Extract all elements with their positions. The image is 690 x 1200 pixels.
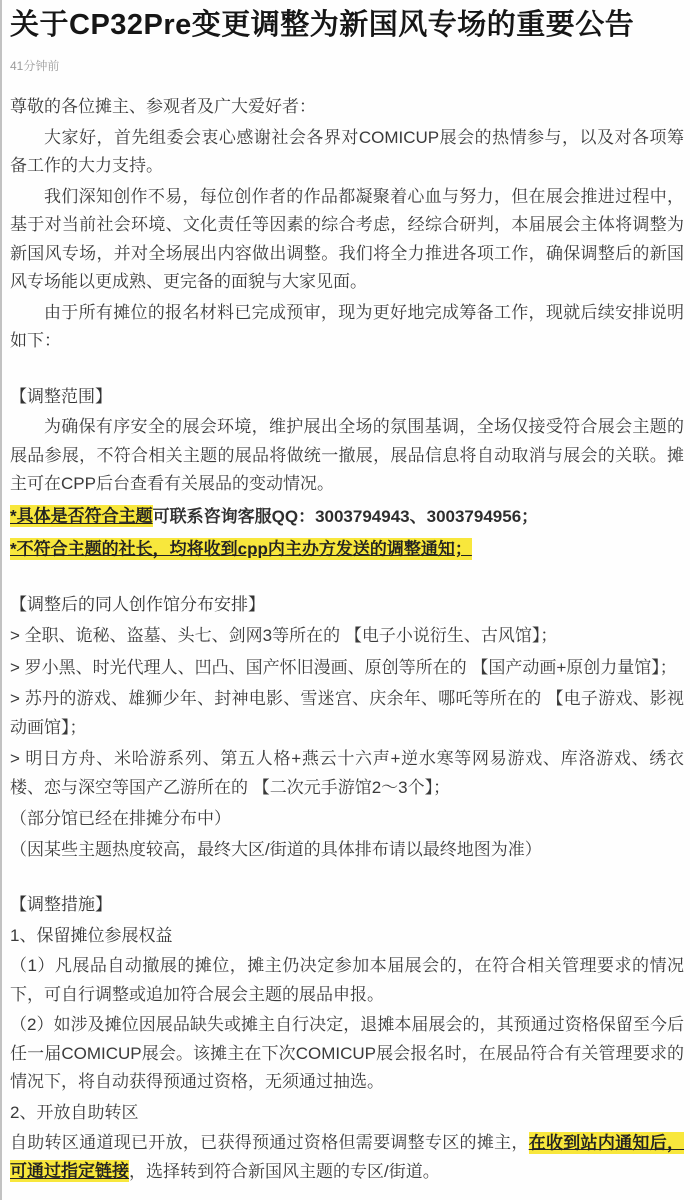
list-item: > 全职、诡秘、盗墓、头七、剑网3等所在的 【电子小说衍生、古风馆】； xyxy=(10,622,684,651)
note: （因某些主题热度较高，最终大区/街道的具体排布请以最终地图为准） xyxy=(10,836,684,865)
page-title: 关于CP32Pre变更调整为新国风专场的重要公告 xyxy=(10,6,684,44)
paragraph: 1、保留摊位参展权益 xyxy=(10,922,684,951)
list-item: > 苏丹的游戏、雄狮少年、封神电影、雪迷宫、庆余年、哪吒等所在的 【电子游戏、影… xyxy=(10,685,684,742)
text-segment: 大家好，首先组委会衷心感谢社会各界对COMICUP展会的热情参与，以及对各项筹备… xyxy=(10,128,684,176)
post-timestamp: 41分钟前 xyxy=(10,57,684,74)
list-item: > 明日方舟、米哈游系列、第五人格+燕云十六声+逆水寒等网易游戏、库洛游戏、绣衣… xyxy=(10,745,684,802)
text-segment: 2、开放自助转区 xyxy=(10,1103,138,1122)
paragraph: 我们深知创作不易，每位创作者的作品都凝聚着心血与努力，但在展会推进过程中，基于对… xyxy=(10,183,684,297)
text-segment: > 罗小黑、时光代理人、凹凸、国产怀旧漫画、原创等所在的 【国产动画+原创力量馆… xyxy=(10,658,677,677)
text-segment: > 明日方舟、米哈游系列、第五人格+燕云十六声+逆水寒等网易游戏、库洛游戏、绣衣… xyxy=(10,749,684,797)
text-segment: 【调整后的同人创作馆分布安排】 xyxy=(10,595,265,614)
text-segment: 可联系咨询客服QQ：3003794943、3003794956； xyxy=(153,507,539,526)
text-segment: （因某些主题热度较高，最终大区/街道的具体排布请以最终地图为准） xyxy=(10,840,542,859)
text-segment: 【调整措施】 xyxy=(10,895,112,914)
highlighted-text: *具体是否符合主题 xyxy=(10,505,153,527)
paragraph: 2、开放自助转区 xyxy=(10,1099,684,1128)
text-segment: 自助转区通道现已开放，已获得预通过资格但需要调整专区的摊主， xyxy=(10,1133,529,1152)
text-segment: 我们深知创作不易，每位创作者的作品都凝聚着心血与努力，但在展会推进过程中，基于对… xyxy=(10,187,684,292)
emphasis-line: *不符合主题的社长，均将收到cpp内主办方发送的调整通知； xyxy=(10,535,684,564)
text-segment: （2）如涉及摊位因展品缺失或摊主自行决定，退摊本届展会的，其预通过资格保留至今后… xyxy=(10,1015,684,1091)
text-segment: 尊敬的各位摊主、参观者及广大爱好者： xyxy=(10,97,316,116)
paragraph: 自助转区通道现已开放，已获得预通过资格但需要调整专区的摊主，在收到站内通知后，可… xyxy=(10,1129,684,1186)
note: （部分馆已经在排摊分布中） xyxy=(10,805,684,834)
text-segment: > 全职、诡秘、盗墓、头七、剑网3等所在的 【电子小说衍生、古风馆】； xyxy=(10,626,557,645)
text-segment: 由于所有摊位的报名材料已完成预审，现为更好地完成筹备工作，现就后续安排说明如下： xyxy=(10,303,684,351)
announcement-body: 尊敬的各位摊主、参观者及广大爱好者：大家好，首先组委会衷心感谢社会各界对COMI… xyxy=(10,93,684,1186)
section-header: 【调整范围】 xyxy=(10,383,684,412)
text-segment: （部分馆已经在排摊分布中） xyxy=(10,809,231,828)
section-header: 【调整措施】 xyxy=(10,891,684,920)
paragraph: （1）凡展品自动撤展的摊位，摊主仍决定参加本届展会的，在符合相关管理要求的情况下… xyxy=(10,952,684,1009)
text-segment: （1）凡展品自动撤展的摊位，摊主仍决定参加本届展会的，在符合相关管理要求的情况下… xyxy=(10,956,684,1004)
paragraph: 为确保有序安全的展会环境，维护展出全场的氛围基调，全场仅接受符合展会主题的展品参… xyxy=(10,413,684,499)
emphasis-line: *具体是否符合主题可联系咨询客服QQ：3003794943、3003794956… xyxy=(10,503,684,532)
announcement-page: 关于CP32Pre变更调整为新国风专场的重要公告 41分钟前 尊敬的各位摊主、参… xyxy=(0,0,690,1200)
paragraph: （2）如涉及摊位因展品缺失或摊主自行决定，退摊本届展会的，其预通过资格保留至今后… xyxy=(10,1011,684,1097)
list-item: > 罗小黑、时光代理人、凹凸、国产怀旧漫画、原创等所在的 【国产动画+原创力量馆… xyxy=(10,654,684,683)
paragraph: 大家好，首先组委会衷心感谢社会各界对COMICUP展会的热情参与，以及对各项筹备… xyxy=(10,124,684,181)
text-segment: 【调整范围】 xyxy=(10,387,112,406)
text-segment: > 苏丹的游戏、雄狮少年、封神电影、雪迷宫、庆余年、哪吒等所在的 【电子游戏、影… xyxy=(10,689,684,737)
section-header: 【调整后的同人创作馆分布安排】 xyxy=(10,591,684,620)
text-segment: 为确保有序安全的展会环境，维护展出全场的氛围基调，全场仅接受符合展会主题的展品参… xyxy=(10,417,684,493)
highlighted-text: *不符合主题的社长，均将收到cpp内主办方发送的调整通知； xyxy=(10,538,472,560)
text-segment: ，选择转到符合新国风主题的专区/街道。 xyxy=(129,1162,440,1181)
text-segment: 1、保留摊位参展权益 xyxy=(10,926,172,945)
paragraph: 由于所有摊位的报名材料已完成预审，现为更好地完成筹备工作，现就后续安排说明如下： xyxy=(10,299,684,356)
paragraph: 尊敬的各位摊主、参观者及广大爱好者： xyxy=(10,93,684,122)
